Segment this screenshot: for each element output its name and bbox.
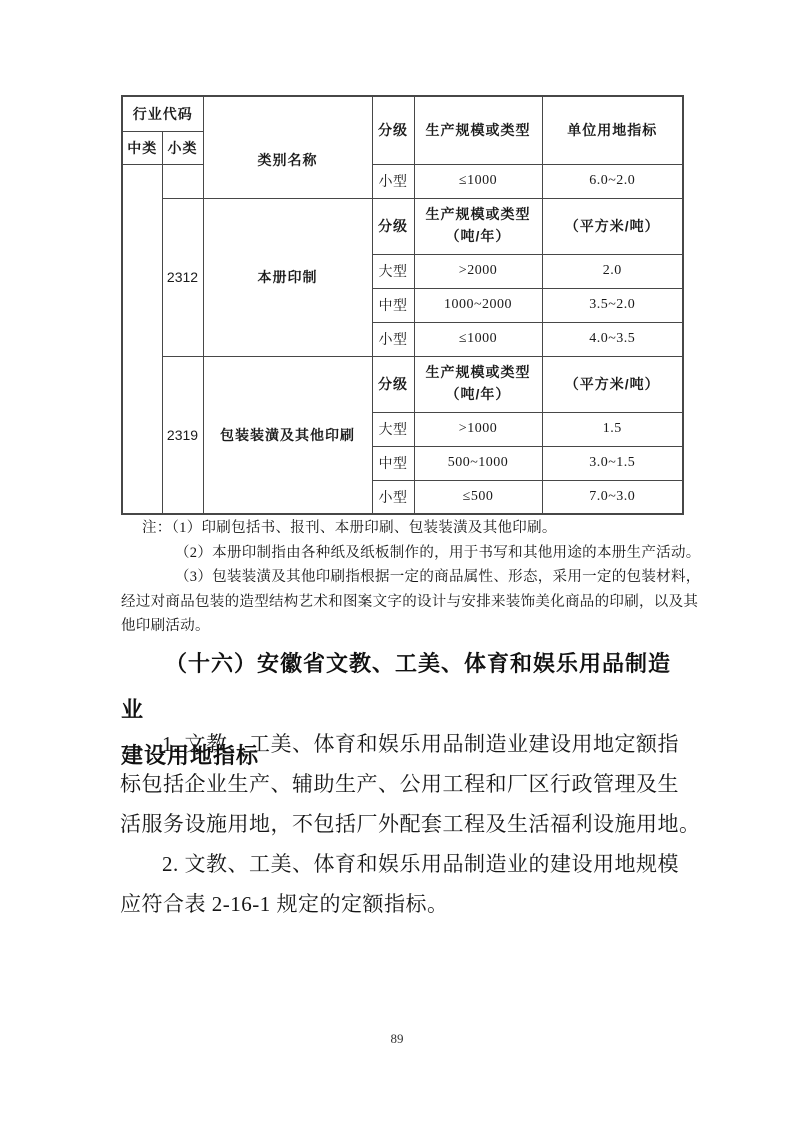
subheader-scale-line2: （吨/年） [415, 384, 542, 406]
grade-cell: 大型 [372, 254, 414, 288]
col-header-mid-class: 中类 [122, 131, 162, 164]
col-header-scale: 生产规模或类型 [414, 96, 542, 164]
indicator-cell: 2.0 [542, 254, 683, 288]
category-name-label: 类别名称 [204, 150, 372, 170]
subheader-scale-line1: 生产规模或类型 [415, 362, 542, 384]
scale-cell: >1000 [414, 412, 542, 446]
col-header-small-class: 小类 [162, 131, 203, 164]
col-header-indicator: 单位用地指标 [542, 96, 683, 164]
note-line: 经过对商品包装的造型结构艺术和图案文字的设计与安排来装饰美化商品的印刷，以及其 [121, 590, 683, 615]
indicator-cell: 3.5~2.0 [542, 288, 683, 322]
table-notes: 注：（1）印刷包括书、报刊、本册印刷、包装装潢及其他印刷。 （2）本册印制指由各… [121, 516, 683, 639]
grade-cell: 小型 [372, 480, 414, 514]
indicator-cell: 6.0~2.0 [542, 164, 683, 198]
paragraph-line: 1. 文教、工美、体育和娱乐用品制造业建设用地定额指 [120, 724, 686, 764]
note-line: 注：（1）印刷包括书、报刊、本册印刷、包装装潢及其他印刷。 [121, 516, 683, 541]
land-use-indicator-table: 行业代码 类别名称 分级 生产规模或类型 单位用地指标 中类 小类 小型 ≤10… [121, 95, 684, 515]
paragraph-line: 活服务设施用地，不包括厂外配套工程及生活福利设施用地。 [120, 804, 686, 844]
col-header-grade: 分级 [372, 96, 414, 164]
table-header-row-1: 行业代码 类别名称 分级 生产规模或类型 单位用地指标 [122, 96, 683, 131]
paragraph-line: 应符合表 2-16-1 规定的定额指标。 [120, 884, 686, 924]
subheader-indicator: （平方米/吨） [542, 356, 683, 412]
small-class-empty-cell [162, 164, 203, 198]
paragraph-1: 1. 文教、工美、体育和娱乐用品制造业建设用地定额指 标包括企业生产、辅助生产、… [120, 724, 686, 844]
section-2312-subheader-row: 2312 本册印制 分级 生产规模或类型 （吨/年） （平方米/吨） [122, 198, 683, 254]
indicator-cell: 4.0~3.5 [542, 322, 683, 356]
subheader-grade: 分级 [372, 356, 414, 412]
industry-code-2312: 2312 [162, 198, 203, 356]
scale-cell: >2000 [414, 254, 542, 288]
scale-cell: ≤1000 [414, 322, 542, 356]
indicator-cell: 3.0~1.5 [542, 446, 683, 480]
paragraph-2: 2. 文教、工美、体育和娱乐用品制造业的建设用地规模 应符合表 2-16-1 规… [120, 844, 686, 924]
subheader-scale: 生产规模或类型 （吨/年） [414, 356, 542, 412]
industry-code-2319: 2319 [162, 356, 203, 514]
section-2319-subheader-row: 2319 包装装潢及其他印刷 分级 生产规模或类型 （吨/年） （平方米/吨） [122, 356, 683, 412]
document-page: 行业代码 类别名称 分级 生产规模或类型 单位用地指标 中类 小类 小型 ≤10… [0, 0, 794, 1122]
mid-class-empty-cell [122, 164, 162, 514]
col-header-industry-code: 行业代码 [122, 96, 203, 131]
note-line: 他印刷活动。 [121, 614, 683, 639]
body-text: 1. 文教、工美、体育和娱乐用品制造业建设用地定额指 标包括企业生产、辅助生产、… [120, 724, 686, 924]
grade-cell: 小型 [372, 322, 414, 356]
grade-cell: 小型 [372, 164, 414, 198]
scale-cell: 500~1000 [414, 446, 542, 480]
page-number: 89 [0, 1031, 794, 1047]
scale-cell: ≤1000 [414, 164, 542, 198]
scale-cell: 1000~2000 [414, 288, 542, 322]
subheader-scale: 生产规模或类型 （吨/年） [414, 198, 542, 254]
grade-cell: 中型 [372, 446, 414, 480]
category-name-2312: 本册印制 [203, 198, 372, 356]
indicator-cell: 1.5 [542, 412, 683, 446]
subheader-indicator: （平方米/吨） [542, 198, 683, 254]
category-name-2319: 包装装潢及其他印刷 [203, 356, 372, 514]
note-line: （2）本册印制指由各种纸及纸板制作的，用于书写和其他用途的本册生产活动。 [121, 541, 683, 566]
section-heading-line: （十六）安徽省文教、工美、体育和娱乐用品制造业 [121, 641, 683, 733]
col-header-category-name: 类别名称 [203, 96, 372, 198]
grade-cell: 大型 [372, 412, 414, 446]
grade-cell: 中型 [372, 288, 414, 322]
paragraph-line: 标包括企业生产、辅助生产、公用工程和厂区行政管理及生 [120, 764, 686, 804]
indicator-cell: 7.0~3.0 [542, 480, 683, 514]
note-line: （3）包装装潢及其他印刷指根据一定的商品属性、形态，采用一定的包装材料， [121, 565, 683, 590]
subheader-scale-line1: 生产规模或类型 [415, 204, 542, 226]
subheader-grade: 分级 [372, 198, 414, 254]
scale-cell: ≤500 [414, 480, 542, 514]
subheader-scale-line2: （吨/年） [415, 226, 542, 248]
paragraph-line: 2. 文教、工美、体育和娱乐用品制造业的建设用地规模 [120, 844, 686, 884]
